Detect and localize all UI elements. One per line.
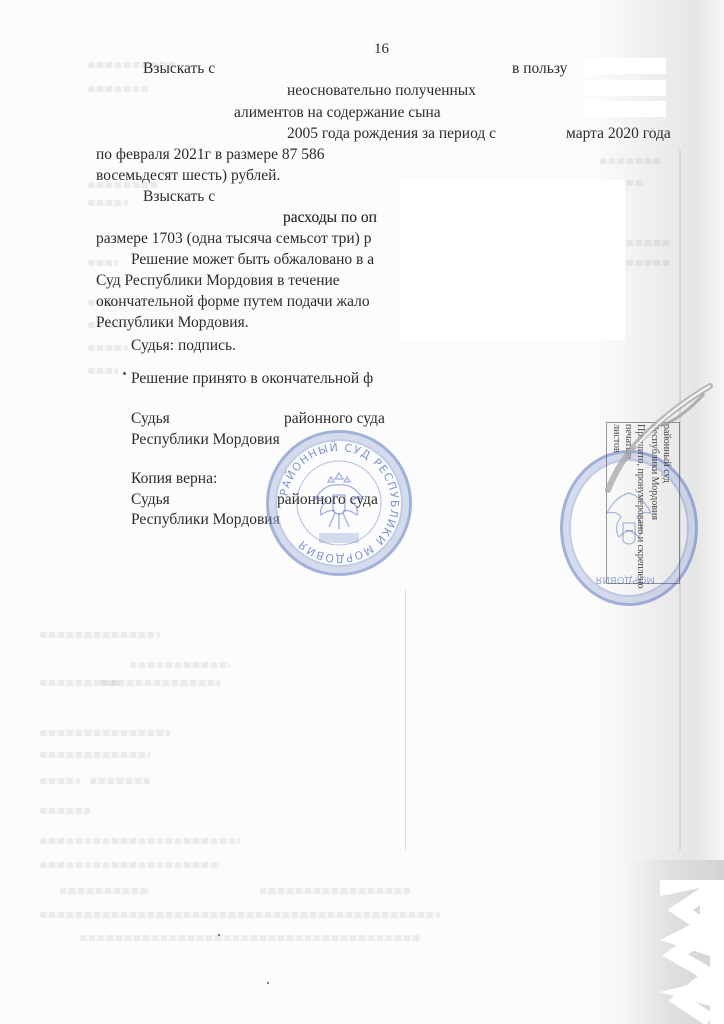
scan-speck [123,372,126,375]
text-line: окончательной форме путем подачи жало [96,293,370,311]
copy-correct-label: Копия верна: [131,470,217,488]
text-line: неосновательно полученных [287,82,476,100]
redacted-area [584,101,666,117]
text-line: Взыскать с [143,188,215,206]
text-line: по февраля 2021г в размере 87 586 [96,146,324,164]
court-stamp-emblem-icon: РАЙОННЫЙ СУД РЕСПУБЛИКИ МОРДОВИЯ [269,433,409,573]
scan-speck [267,982,269,984]
republic-label: Республики Мордовия [131,511,280,529]
court-stamp: РАЙОННЫЙ СУД РЕСПУБЛИКИ МОРДОВИЯ [266,430,412,576]
text-line: восемьдесят шесть) рублей. [96,167,280,185]
text-line: алиментов на содержание сына [234,104,441,122]
scan-speck [218,934,220,936]
page-number: 16 [374,40,389,58]
fold-line [405,590,406,850]
redacted-area [584,58,666,74]
text-line: Решение может быть обжаловано в а [131,251,374,269]
republic-label: Республики Мордовия [131,431,280,449]
redaction-zigzag [560,860,724,1024]
court-label: районного суда [284,410,385,428]
text-line: Взыскать с [143,60,215,78]
svg-text:РАЙОННЫЙ СУД РЕСПУБЛИКИ МОРДОВ: РАЙОННЫЙ СУД РЕСПУБЛИКИ МОРДОВИЯ [277,441,401,565]
text-line: Суд Республики Мордовия в течение [96,272,340,290]
redacted-area [400,180,625,340]
text-line-overlay: расходы по оп [283,209,377,227]
redacted-area [584,80,666,96]
text-line: размере 1703 (одна тысяча семьсот три) р [96,230,371,248]
final-form-note: Решение принято в окончательной ф [131,370,373,388]
judge-label: Судья [131,410,170,428]
judge-signature: Судья: подпись. [131,337,236,355]
text-line: марта 2020 года [566,125,671,143]
judge-label: Судья [131,491,170,509]
scanned-page: 16 Взыскать с в пользу неосновательно по… [0,0,724,1024]
text-line: в пользу [512,60,567,78]
text-line: 2005 года рождения за период с [287,125,496,143]
binding-thread-mark [600,380,720,500]
text-line: Республики Мордовия. [96,314,249,332]
